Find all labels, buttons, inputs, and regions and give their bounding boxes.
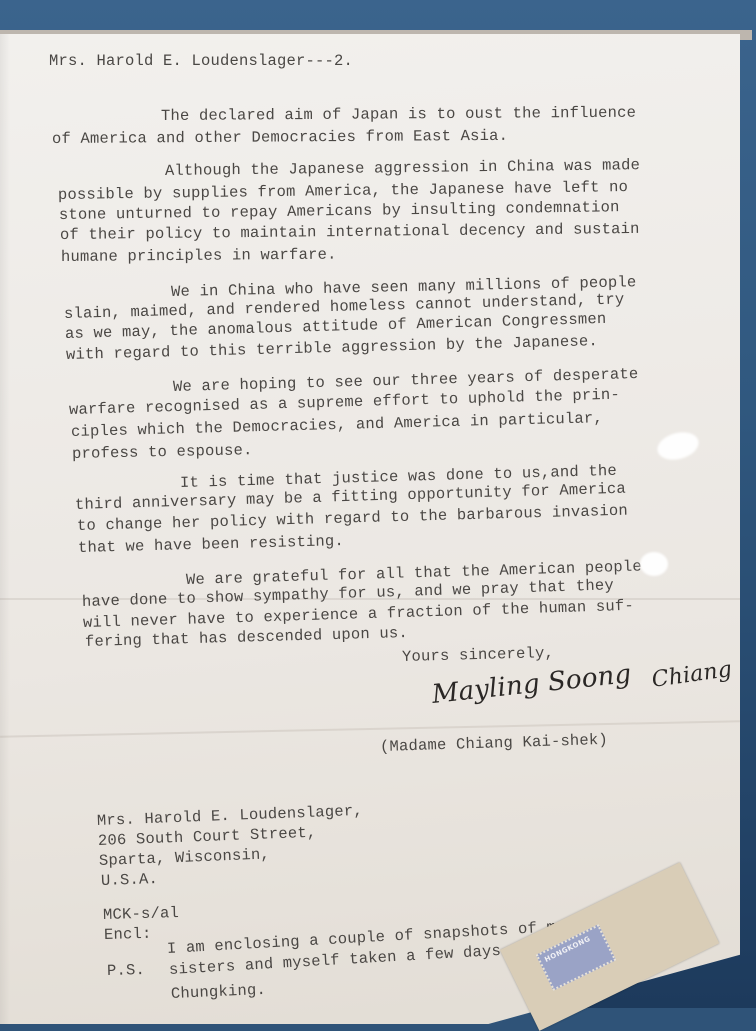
paragraph-line: The declared aim of Japan is to oust the…	[161, 104, 636, 125]
handwritten-signature-extra: Chiang	[650, 657, 733, 693]
paragraph-line: Although the Japanese aggression in Chin…	[165, 156, 640, 180]
address-line: U.S.A.	[101, 870, 159, 890]
address-line: Mrs. Harold E. Loudenslager,	[97, 802, 364, 830]
letter-text: Mrs. Harold E. Loudenslager---2. The dec…	[0, 0, 756, 1008]
postscript-label: P.S.	[107, 961, 145, 980]
paragraph-line: humane principles in warfare.	[61, 246, 337, 266]
enclosure-note: Encl:	[104, 925, 152, 944]
paragraph-line: profess to espouse.	[72, 441, 253, 463]
handwritten-signature: Mayling Soong	[430, 659, 632, 710]
postage-stamp: HONGKONG	[536, 924, 616, 991]
paragraph-line: that we have been resisting.	[78, 532, 344, 557]
address-line: Sparta, Wisconsin,	[99, 845, 271, 870]
glass-glare	[640, 552, 668, 576]
paragraph-line: of their policy to maintain internationa…	[60, 220, 640, 244]
paragraph-line: of America and other Democracies from Ea…	[52, 127, 508, 148]
page-header: Mrs. Harold E. Loudenslager---2.	[49, 52, 353, 70]
closing: Yours sincerely,	[402, 644, 554, 666]
reference-initials: MCK-s/al	[103, 904, 179, 924]
stamp-label: HONGKONG	[543, 935, 592, 964]
signer-typed-name: (Madame Chiang Kai-shek)	[380, 731, 608, 756]
postscript-line: Chungking.	[171, 981, 267, 1003]
